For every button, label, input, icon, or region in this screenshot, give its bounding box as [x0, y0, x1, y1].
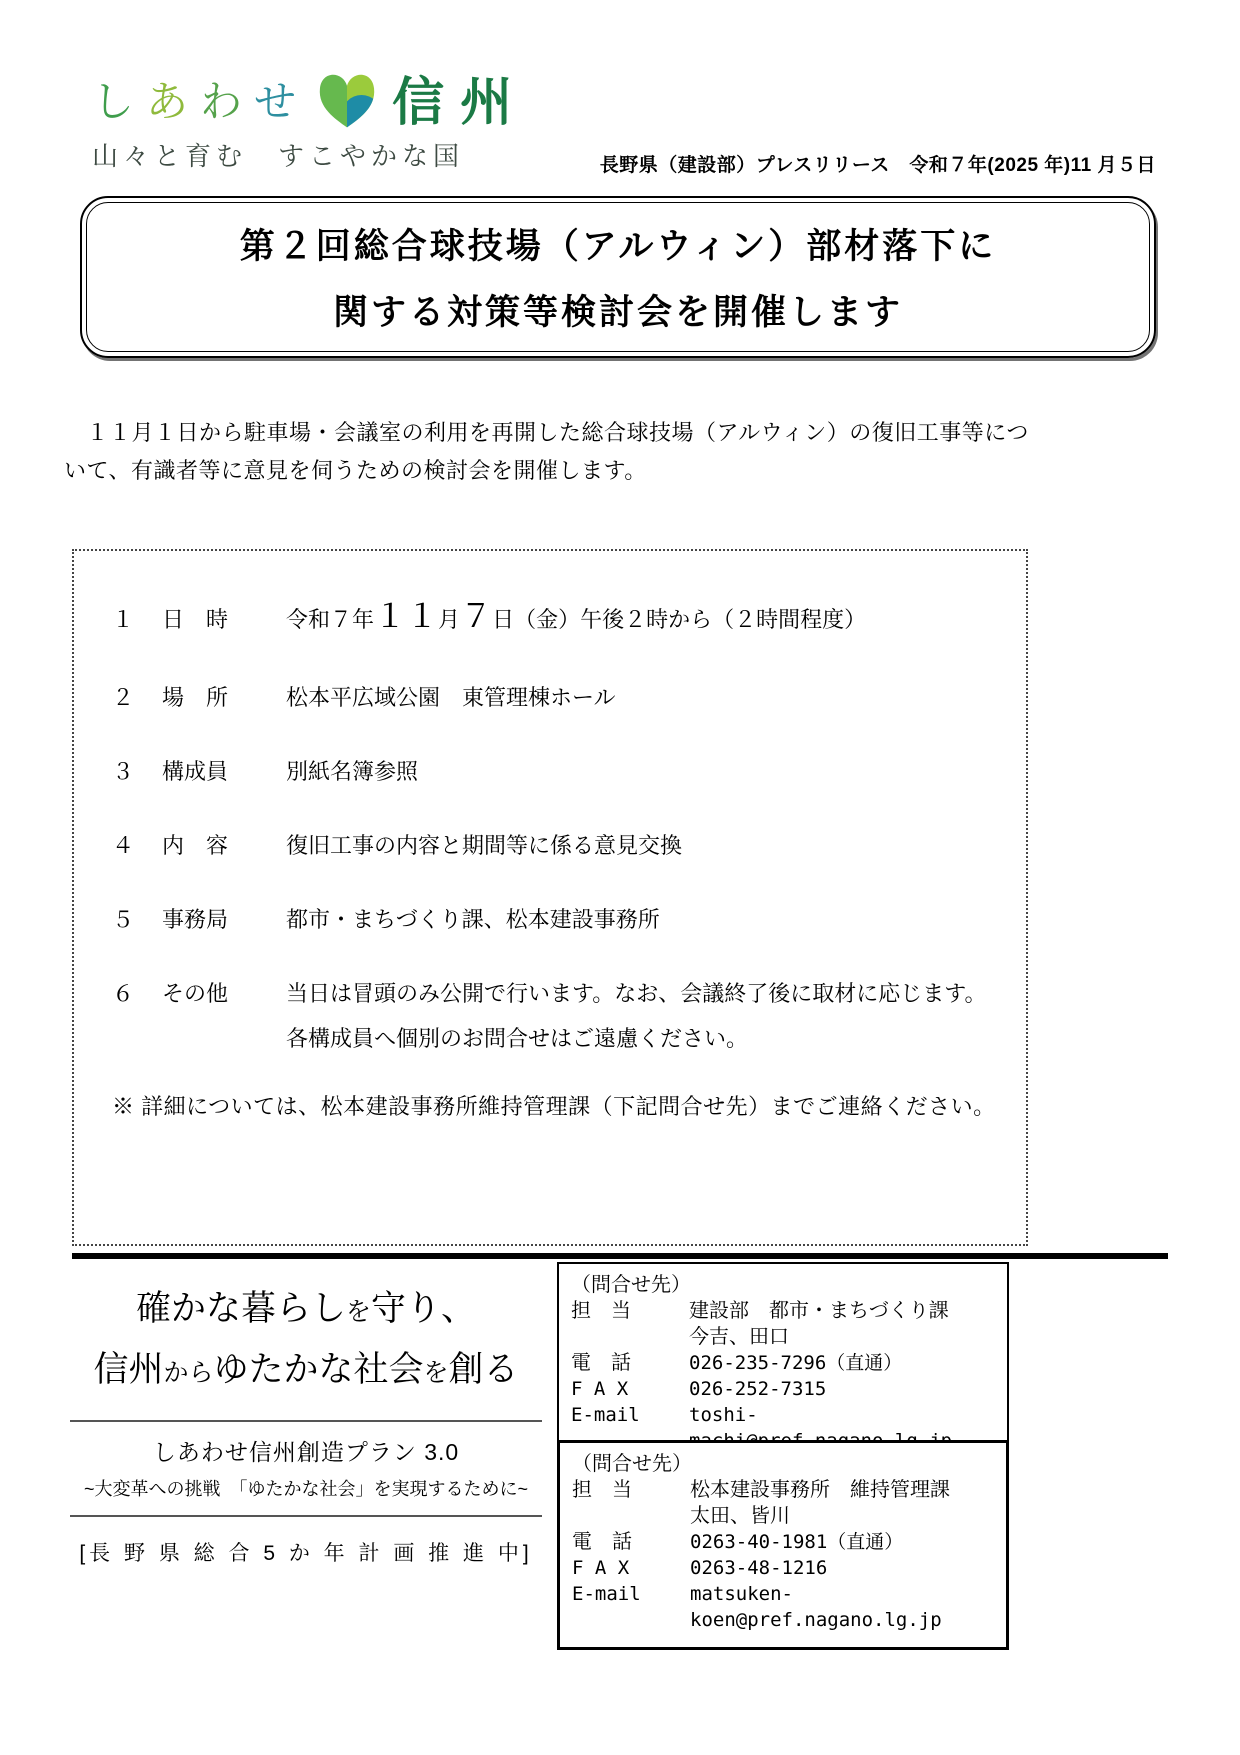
contact-row-phone: 電 話 0263-40-1981（直通） — [572, 1529, 994, 1555]
contact-value: 今吉、田口 — [689, 1324, 995, 1350]
contact-phone-value: 0263-40-1981（直通） — [690, 1529, 994, 1555]
contact-label: E-mail — [572, 1581, 690, 1607]
contact-header: （問合せ先） — [571, 1272, 995, 1298]
contact-box-matsuken: （問合せ先） 担 当 松本建設事務所 維持管理課 太田、皆川 電 話 0263-… — [557, 1440, 1009, 1650]
slogan-part: 守り、 — [371, 1289, 476, 1328]
contact-header-text: （問合せ先） — [572, 1451, 692, 1477]
logo-char: し — [92, 82, 146, 124]
title-box-inner: 第２回総合球技場（アルウィン）部材落下に 関する対策等検討会を開催します — [86, 202, 1150, 352]
divider — [70, 1515, 542, 1517]
logo-char: せ — [254, 82, 308, 124]
contact-header: （問合せ先） — [572, 1451, 994, 1477]
contact-label: F A X — [571, 1376, 689, 1402]
item-label: 日 時 — [162, 601, 286, 639]
contact-label: 担 当 — [571, 1298, 689, 1324]
logo-tagline: 山々と育む すこやかな国 — [92, 136, 464, 173]
contact-value: 太田、皆川 — [690, 1503, 994, 1529]
agenda-item-other: ６ その他 当日は冒頭のみ公開で行います。なお、会議終了後に取材に応じます。 各… — [112, 979, 1002, 1054]
item-value: 当日は冒頭のみ公開で行います。なお、会議終了後に取材に応じます。 — [286, 979, 1002, 1009]
plan-name: しあわせ信州創造プラン 3.0 — [64, 1434, 548, 1467]
press-release-date-line: 長野県（建設部）プレスリリース 令和７年(2025 年)11 月５日 — [600, 150, 1156, 177]
item-label: 内 容 — [162, 831, 286, 861]
shiawase-shinshu-logo: し あ わ せ 信州 — [92, 66, 528, 130]
slogan-part: から — [163, 1359, 213, 1387]
contact-row-tantou: 担 当 建設部 都市・まちづくり課 — [571, 1298, 995, 1324]
item-label: 事務局 — [162, 905, 286, 935]
heart-leaf-icon — [310, 66, 384, 132]
contact-box-toshi-machi: （問合せ先） 担 当 建設部 都市・まちづくり課 今吉、田口 電 話 026-2… — [557, 1262, 1009, 1466]
item-value: 松本平広域公園 東管理棟ホール — [286, 683, 1002, 713]
slogan-part: を — [346, 1298, 371, 1326]
contact-label: 電 話 — [572, 1529, 690, 1555]
intro-line-2: いて、有識者等に意見を伺うための検討会を開催します。 — [64, 452, 1182, 490]
item-number: ２ — [112, 683, 162, 713]
item-label: 構成員 — [162, 757, 286, 787]
slogan-part: 創る — [449, 1350, 519, 1389]
prefecture-slogan-block: 確かな暮らしを守り、 信州からゆたかな社会を創る しあわせ信州創造プラン 3.0… — [64, 1282, 548, 1567]
logo-text-shinshu: 信州 — [392, 78, 528, 130]
date-part-large: １１ — [374, 598, 438, 634]
logo-text-shiawase: し あ わ せ — [92, 82, 308, 130]
logo-char: あ — [146, 82, 200, 124]
title-box: 第２回総合球技場（アルウィン）部材落下に 関する対策等検討会を開催します — [80, 196, 1156, 358]
title-line-1: 第２回総合球技場（アルウィン）部材落下に — [240, 219, 997, 269]
slogan-part: ゆたかな社会 — [213, 1350, 423, 1389]
slogan-line-1: 確かな暮らしを守り、 — [64, 1282, 548, 1343]
date-part: （金）午後２時から（２時間程度） — [514, 607, 866, 632]
intro-line-1: １１月１日から駐車場・会議室の利用を再開した総合球技場（アルウィン）の復旧工事等… — [64, 414, 1182, 452]
contact-row-tantou: 担 当 松本建設事務所 維持管理課 — [572, 1477, 994, 1503]
meeting-details-box: １ 日 時 令和７年１１月７日（金）午後２時から（２時間程度） ２ 場 所 松本… — [72, 549, 1028, 1246]
item-number: １ — [112, 601, 162, 639]
logo-char: わ — [200, 82, 254, 124]
contact-phone-value: 026-235-7296（直通） — [689, 1350, 995, 1376]
contact-label: 電 話 — [571, 1350, 689, 1376]
contact-row-email: E-mail matsuken-koen@pref.nagano.lg.jp — [572, 1581, 994, 1633]
item-number: ６ — [112, 979, 162, 1009]
contact-fax-value: 026-252-7315 — [689, 1376, 995, 1402]
slogan-part: 確かな暮らし — [136, 1289, 346, 1328]
title-line-2: 関する対策等検討会を開催します — [333, 285, 903, 335]
agenda-item-members: ３ 構成員 別紙名簿参照 — [112, 757, 1002, 787]
item-value: 復旧工事の内容と期間等に係る意見交換 — [286, 831, 1002, 861]
slogan-part: を — [424, 1359, 449, 1387]
item-number: ４ — [112, 831, 162, 861]
date-part: 日 — [492, 607, 514, 632]
contact-label: 担 当 — [572, 1477, 690, 1503]
item-value: 別紙名簿参照 — [286, 757, 1002, 787]
item-label: 場 所 — [162, 683, 286, 713]
contact-label: E-mail — [571, 1402, 689, 1428]
plan-subtitle: ~大変革への挑戦 「ゆたかな社会」を実現するために~ — [64, 1475, 548, 1501]
contact-label: F A X — [572, 1555, 690, 1581]
agenda-item-secretariat: ５ 事務局 都市・まちづくり課、松本建設事務所 — [112, 905, 1002, 935]
contact-fax-value: 0263-48-1216 — [690, 1555, 994, 1581]
contact-value: 松本建設事務所 維持管理課 — [690, 1477, 994, 1503]
item-value: 令和７年１１月７日（金）午後２時から（２時間程度） — [286, 597, 1002, 639]
item-label: その他 — [162, 979, 286, 1009]
item-value: 都市・まちづくり課、松本建設事務所 — [286, 905, 1002, 935]
item-number: ５ — [112, 905, 162, 935]
contact-row-names: 今吉、田口 — [571, 1324, 995, 1350]
item-value-line2: 各構成員へ個別のお問合せはご遠慮ください。 — [286, 1024, 1002, 1054]
date-part-large: ７ — [460, 598, 492, 634]
agenda-item-datetime: １ 日 時 令和７年１１月７日（金）午後２時から（２時間程度） — [112, 597, 1002, 639]
date-part: 令和７年 — [286, 607, 374, 632]
contact-email-value: matsuken-koen@pref.nagano.lg.jp — [690, 1581, 994, 1633]
agenda-item-content: ４ 内 容 復旧工事の内容と期間等に係る意見交換 — [112, 831, 1002, 861]
contact-row-names: 太田、皆川 — [572, 1503, 994, 1529]
contact-row-fax: F A X 026-252-7315 — [571, 1376, 995, 1402]
divider — [70, 1420, 542, 1422]
contact-row-fax: F A X 0263-48-1216 — [572, 1555, 994, 1581]
contact-value: 建設部 都市・まちづくり課 — [689, 1298, 995, 1324]
item-number: ３ — [112, 757, 162, 787]
campaign-status: [長 野 県 総 合 5 か 年 計 画 推 進 中] — [64, 1537, 548, 1567]
agenda-item-place: ２ 場 所 松本平広域公園 東管理棟ホール — [112, 683, 1002, 713]
date-part: 月 — [438, 607, 460, 632]
slogan-part: 信州 — [93, 1350, 163, 1389]
slogan-line-2: 信州からゆたかな社会を創る — [64, 1343, 548, 1404]
details-note: ※ 詳細については、松本建設事務所維持管理課（下記問合せ先）までご連絡ください。 — [112, 1092, 1002, 1122]
section-rule — [72, 1253, 1168, 1259]
intro-paragraph: １１月１日から駐車場・会議室の利用を再開した総合球技場（アルウィン）の復旧工事等… — [64, 414, 1182, 490]
agenda-item-other-row: ６ その他 当日は冒頭のみ公開で行います。なお、会議終了後に取材に応じます。 — [112, 979, 1002, 1009]
contact-row-phone: 電 話 026-235-7296（直通） — [571, 1350, 995, 1376]
contact-header-text: （問合せ先） — [571, 1272, 691, 1298]
